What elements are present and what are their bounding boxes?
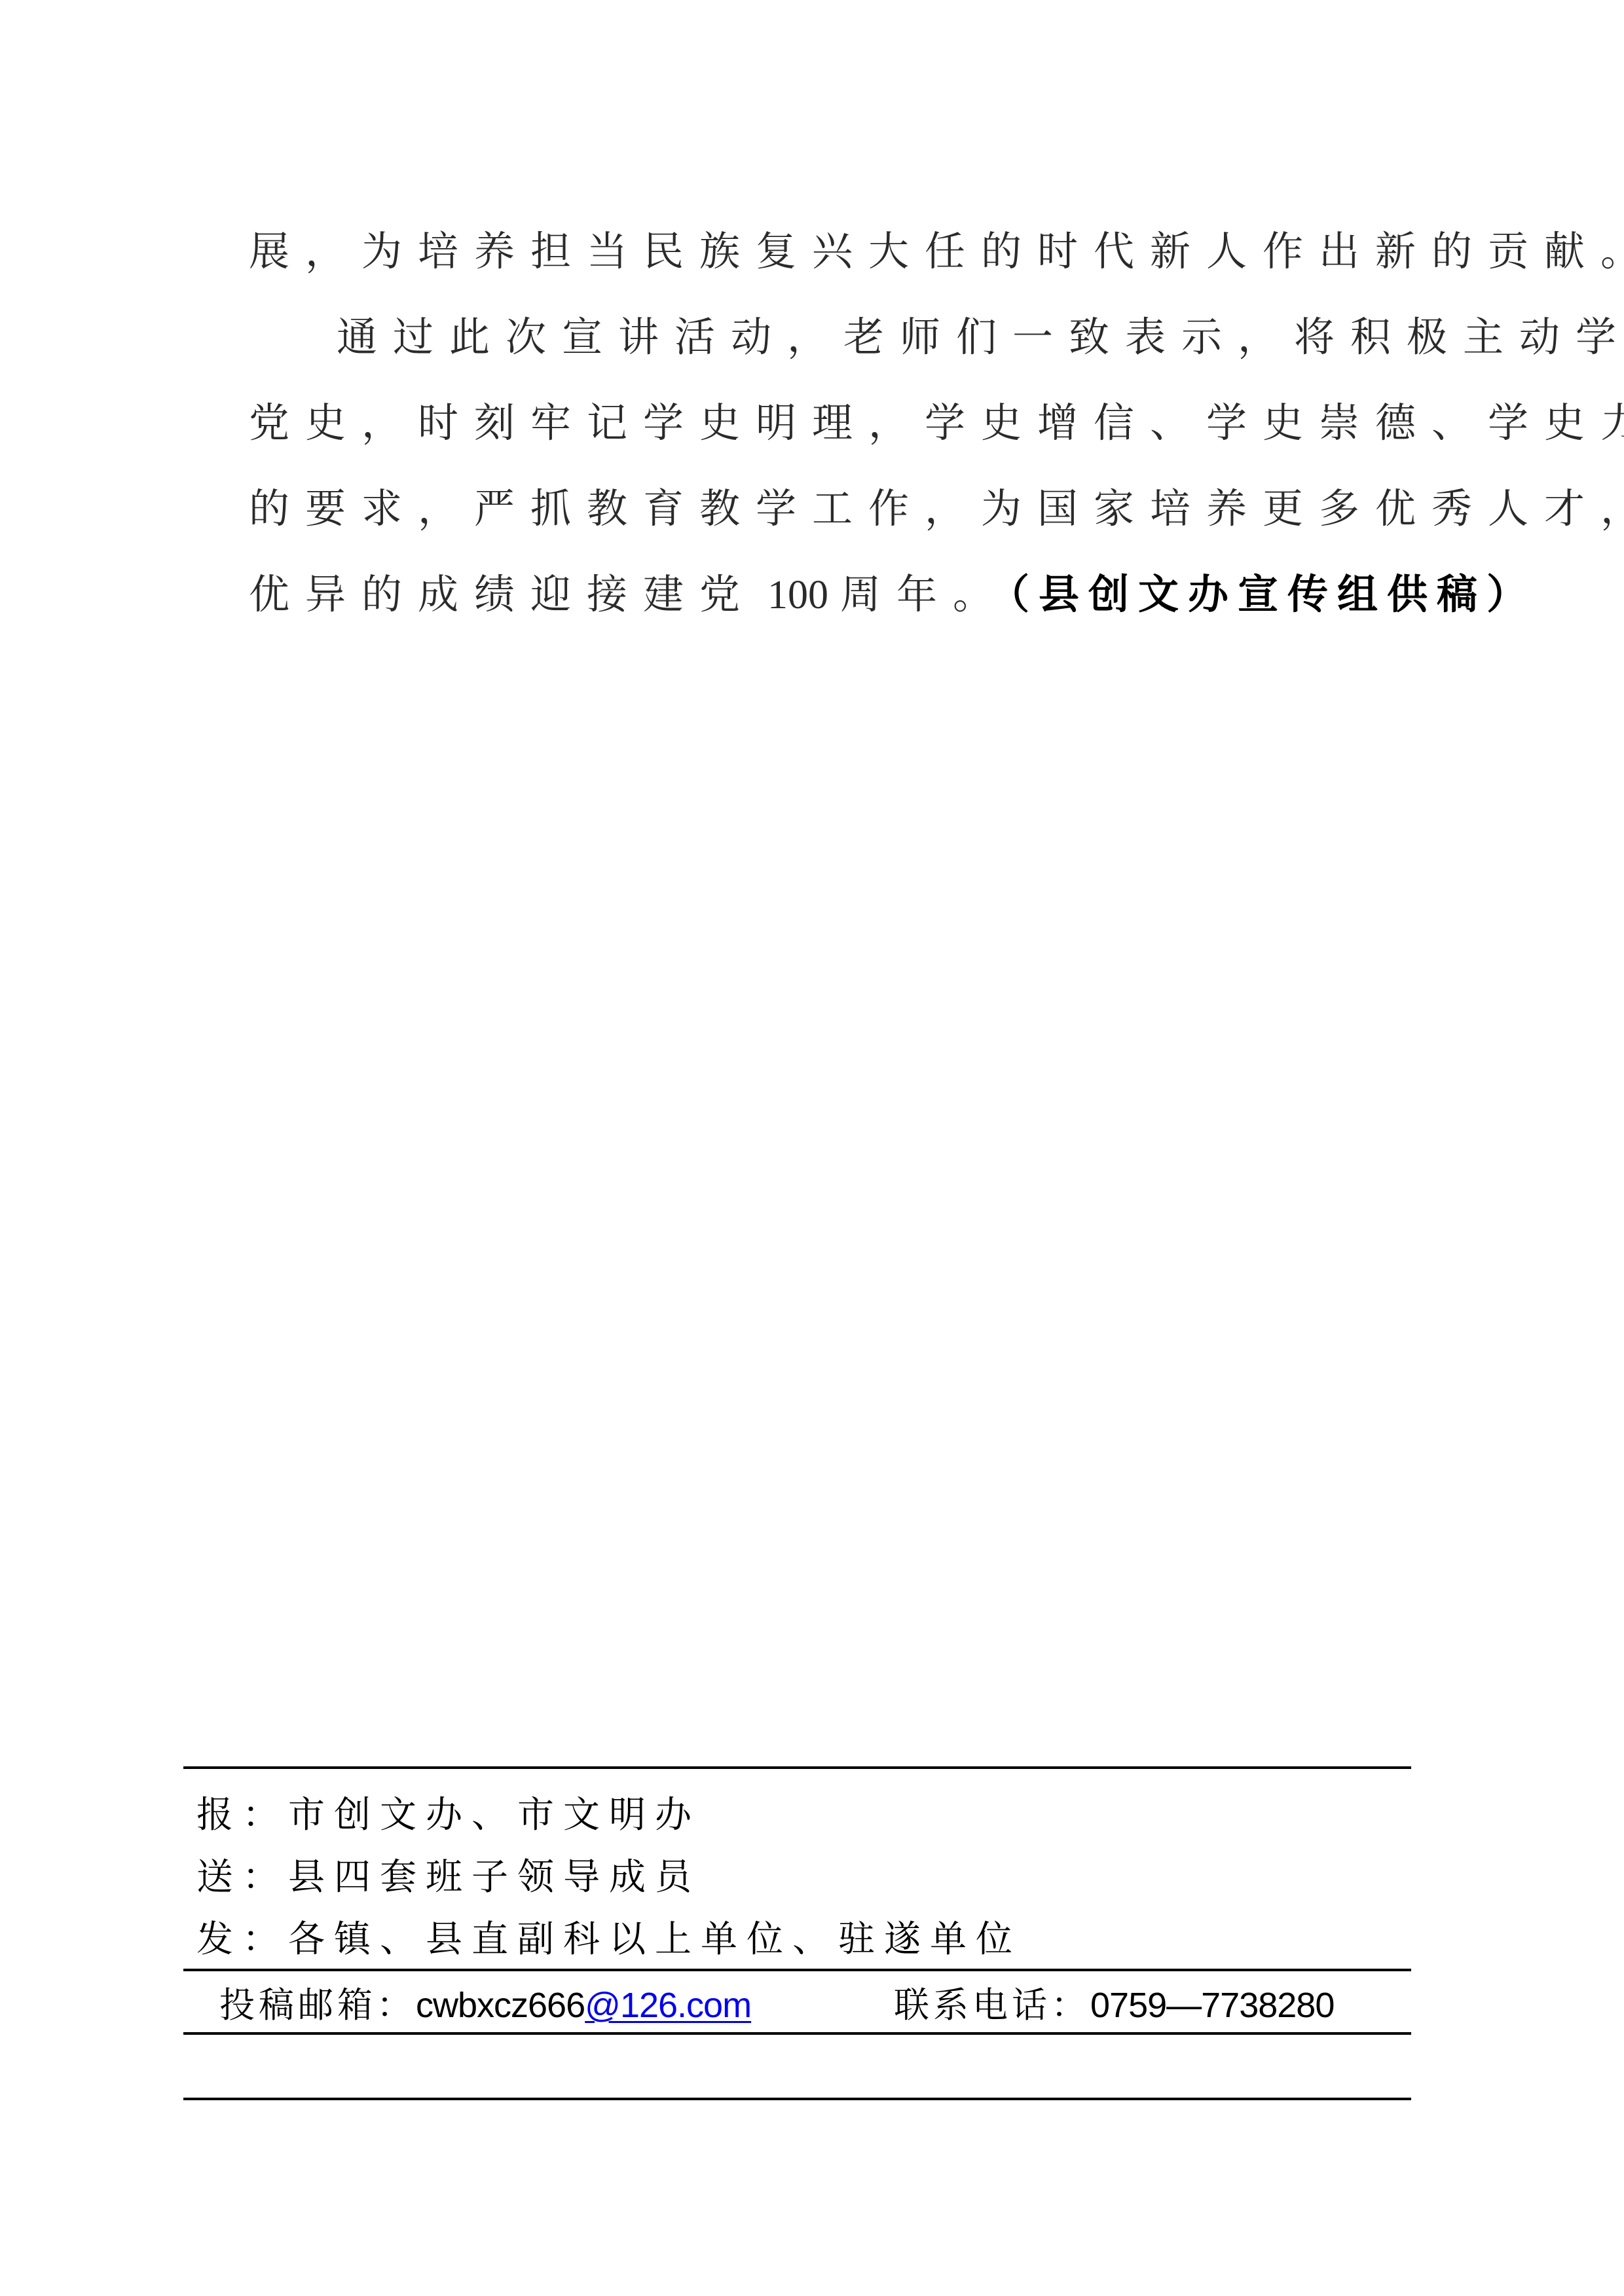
phone-value: 0759—7738280 bbox=[1090, 1986, 1334, 2025]
document-page: 展，为培养担当民族复兴大任的时代新人作出新的贡献。 通过此次宣讲活动，老师们一致… bbox=[0, 0, 1624, 2296]
footer-top-rule bbox=[183, 1766, 1411, 1769]
contact-bottom-rule bbox=[183, 2032, 1411, 2035]
paragraph-2-line-2: 党史，时刻牢记学史明理，学史增信、学史崇德、学史力行 bbox=[249, 380, 1388, 465]
line-4-post: 周年。 bbox=[840, 570, 1009, 618]
phone-group: 联系电话：0759—7738280 bbox=[894, 1977, 1334, 2028]
send-to-value: 县四套班子领导成员 bbox=[288, 1856, 701, 1899]
send-to-label: 送： bbox=[196, 1856, 288, 1899]
email-user: cwbxcz666 bbox=[416, 1986, 585, 2025]
report-to-value: 市创文办、市文明办 bbox=[288, 1794, 701, 1836]
article-body: 展，为培养担当民族复兴大任的时代新人作出新的贡献。 通过此次宣讲活动，老师们一致… bbox=[249, 208, 1388, 637]
footer-bottom-rule bbox=[183, 2098, 1411, 2100]
source-credit: （县创文办宣传组供稿） bbox=[1009, 570, 1536, 618]
distribution-issue-to: 发：各镇、县直副科以上单位、驻遂单位 bbox=[196, 1910, 1022, 1963]
email-label: 投稿邮箱： bbox=[219, 1984, 416, 2026]
phone-label: 联系电话： bbox=[894, 1984, 1090, 2026]
email-link[interactable]: @126.com bbox=[585, 1986, 751, 2025]
paragraph-2-line-1: 通过此次宣讲活动，老师们一致表示，将积极主动学习 bbox=[249, 294, 1388, 380]
paragraph-2-line-3: 的要求，严抓教育教学工作，为国家培养更多优秀人才，以 bbox=[249, 465, 1388, 551]
distribution-send-to: 送：县四套班子领导成员 bbox=[196, 1848, 701, 1901]
issue-to-value: 各镇、县直副科以上单位、驻遂单位 bbox=[288, 1918, 1022, 1961]
paragraph-2-line-4: 优异的成绩迎接建党100周年。（县创文办宣传组供稿） bbox=[249, 551, 1388, 637]
contact-row: 投稿邮箱：cwbxcz666@126.com 联系电话：0759—7738280 bbox=[219, 1977, 1411, 2023]
contact-top-rule bbox=[183, 1969, 1411, 1971]
report-to-label: 报： bbox=[196, 1794, 288, 1836]
issue-to-label: 发： bbox=[196, 1918, 288, 1961]
paragraph-1-tail: 展，为培养担当民族复兴大任的时代新人作出新的贡献。 bbox=[249, 208, 1388, 294]
line-4-pre: 优异的成绩迎接建党 bbox=[249, 570, 756, 618]
anniversary-number: 100 bbox=[767, 573, 828, 617]
distribution-report-to: 报：市创文办、市文明办 bbox=[196, 1786, 701, 1838]
